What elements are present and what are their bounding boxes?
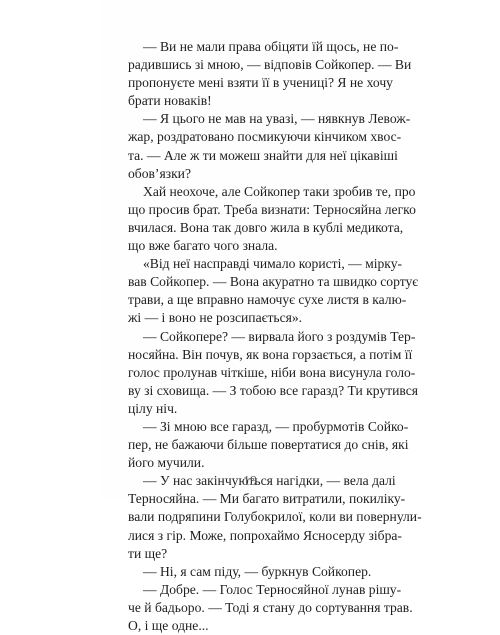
text-line: обов’язки? bbox=[128, 165, 374, 183]
text-line: трави, а ще вправно намочує сухе листя в… bbox=[128, 291, 374, 309]
text-line: голос пролунав чіткіше, ніби вона висуну… bbox=[128, 364, 374, 382]
text-line: носяйна. Він почув, як вона горзається, … bbox=[128, 346, 374, 364]
text-line: вав Сойкопер. — Вона акуратно та швидко … bbox=[128, 273, 374, 291]
text-line: цілу ніч. bbox=[128, 400, 374, 418]
text-line: брати новаків! bbox=[128, 92, 374, 110]
text-line: Хай неохоче, але Сойкопер таки зробив те… bbox=[128, 183, 374, 201]
text-line: ву зі сховища. — З тобою все гаразд? Ти … bbox=[128, 382, 374, 400]
text-line: — Зі мною все гаразд, — пробурмотів Сойк… bbox=[128, 418, 374, 436]
text-line: — Я цього не мав на увазі, — нявкнув Лев… bbox=[128, 110, 374, 128]
text-line: — Ви не мали права обіцяти їй щось, не п… bbox=[128, 38, 374, 56]
text-line: — Сойкопере? — вирвала його з роздумів Т… bbox=[128, 328, 374, 346]
text-line: що вже багато чого знала. bbox=[128, 237, 374, 255]
text-line: вчилася. Вона так довго жила в кублі мед… bbox=[128, 219, 374, 237]
text-line: жі — і воно не розсипається». bbox=[128, 309, 374, 327]
page-body-text: — Ви не мали права обіцяти їй щось, не п… bbox=[128, 38, 374, 500]
text-line: пропонуєте мені взяти її в учениці? Я не… bbox=[128, 74, 374, 92]
text-line: та. — Але ж ти можеш знайти для неї ціка… bbox=[128, 147, 374, 165]
text-line: його мучили. bbox=[128, 454, 374, 472]
text-line: Терносяйна. — Ми багато витратили, покил… bbox=[128, 490, 374, 500]
text-line: «Від неї насправді чимало користі, — мір… bbox=[128, 255, 374, 273]
text-line: що просив брат. Треба визнати: Терносяйн… bbox=[128, 201, 374, 219]
text-line: радившись зі мною, — відповів Сойкопер. … bbox=[128, 56, 374, 74]
page-number: 19 bbox=[0, 474, 500, 490]
text-line: жар, роздратовано посмикуючи кінчиком хв… bbox=[128, 128, 374, 146]
text-line: пер, не бажаючи більше повертатися до сн… bbox=[128, 436, 374, 454]
